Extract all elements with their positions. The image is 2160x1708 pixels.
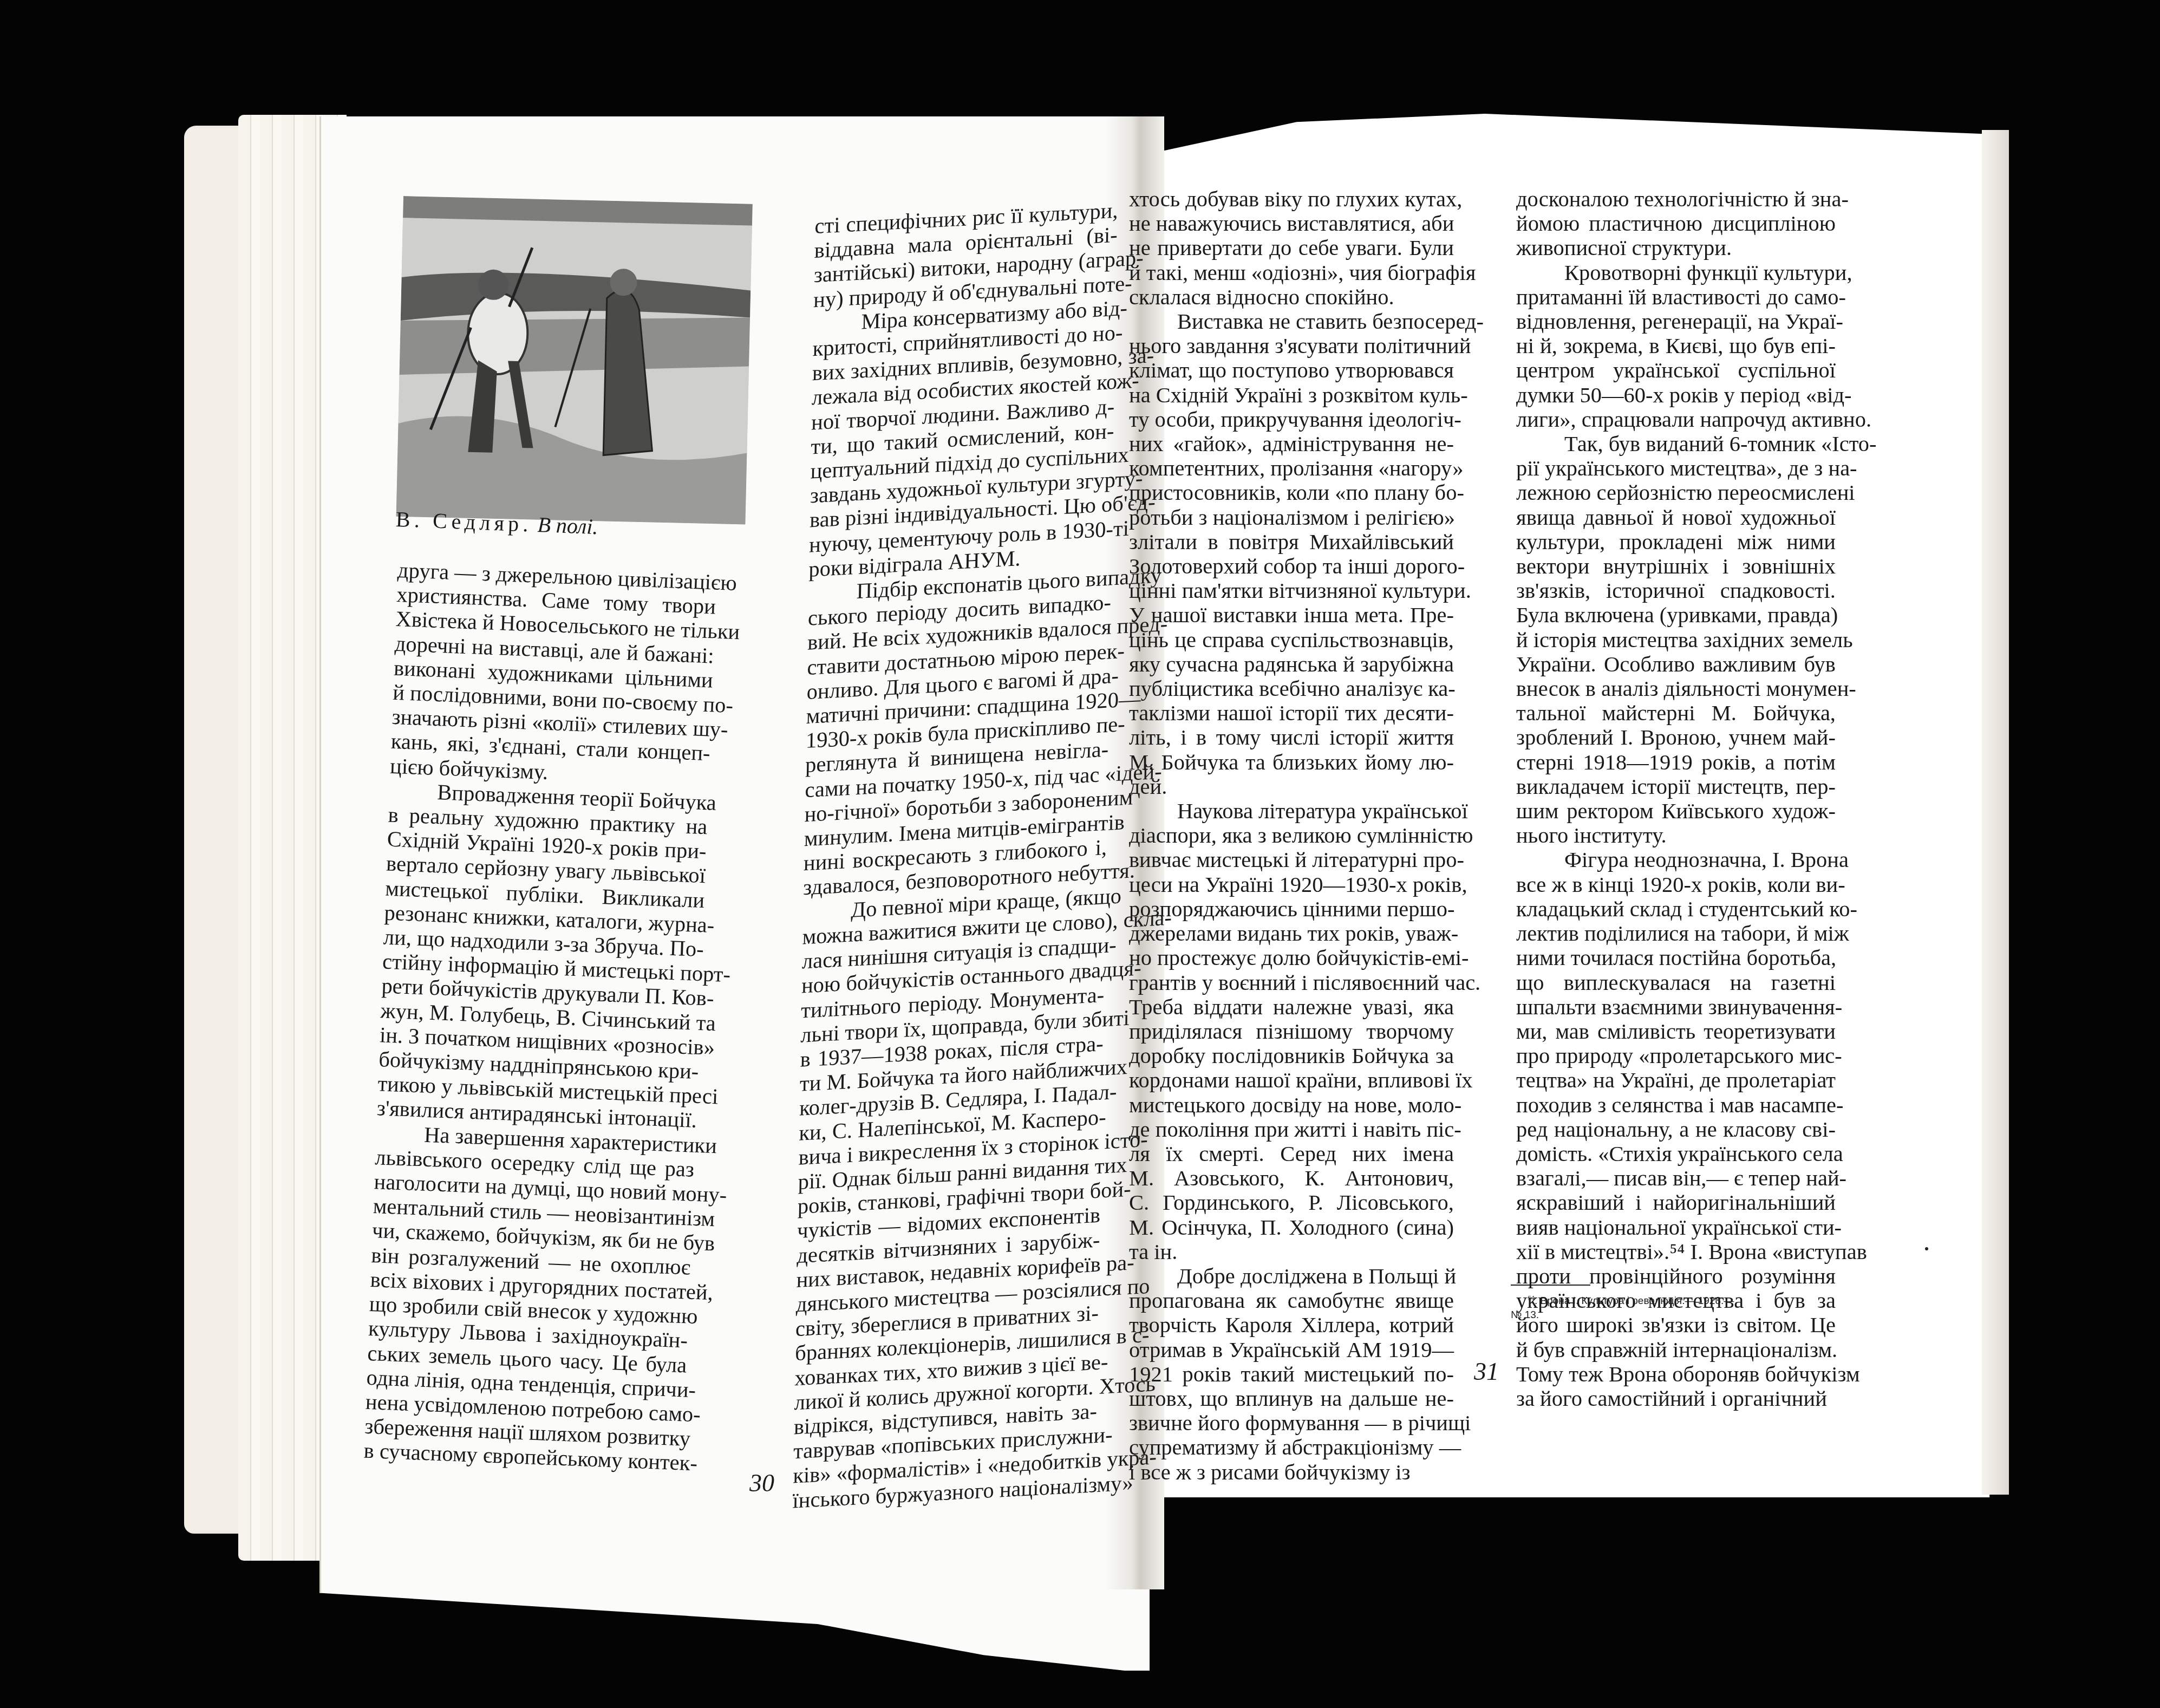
text-line: хтось добував віку по глухих кутах, [1129,187,1454,211]
text-line: клімат, що поступово утворювався [1129,358,1454,382]
text-line: йомою пластичною дисципліною [1516,211,1836,236]
text-line: Тому теж Врона обороняв бойчукізм [1516,1362,1836,1386]
text-line: стерні 1918—1919 років, а потім [1516,750,1836,774]
text-line: публіцистика всебічно аналізує ка- [1129,676,1454,701]
text-line: цінні пам'ятки вітчизняної культури. [1129,578,1454,603]
paper-speck [1925,1247,1928,1250]
text-line: ними точилася постійна боротьба, [1516,946,1836,970]
paragraph: Міра консерватизму або від-критості, спр… [808,296,1117,582]
illustration-in-the-field [396,196,753,524]
text-line: них «гайок», адміністрування не- [1129,432,1454,456]
text-line: компетентних, пролізання «нагору» [1129,456,1454,480]
paragraph: Виставка не ставить безпосеред-нього зав… [1129,309,1454,799]
left-page-column-2: сті специфічних рис її культури,віддавна… [792,198,1118,1513]
text-line: нього завдання з'ясувати політичний [1129,334,1454,358]
text-line: яку сучасна радянська й зарубіжна [1129,652,1454,676]
footnote-divider [1511,1285,1590,1286]
text-line: пристосовників, коли «по плану бо- [1129,480,1454,505]
text-line: культури, прокладені між ними [1516,530,1836,554]
text-line: кладацький склад і студентський ко- [1516,897,1836,921]
text-line: ля їх смерті. Серед них імена [1129,1142,1454,1166]
text-line: кордонами нашої країни, впливові їх [1129,1068,1454,1092]
text-line: ред національну, а не класову сві- [1516,1117,1836,1142]
text-line: не привертати до себе уваги. Були [1129,236,1454,260]
text-line: літь, і в тому числі історії життя [1129,725,1454,749]
text-line: отримав в Українській АМ 1919— [1129,1338,1454,1362]
paragraph: друга — з джерельною цивілізацієюхристия… [389,558,717,790]
text-line: джерелами видань тих років, уваж- [1129,921,1454,946]
text-line: думки 50—60-х років у період «від- [1516,383,1836,407]
text-line: мистецького досвіду на нове, моло- [1129,1093,1454,1117]
text-line: де покоління при житті і навіть піс- [1129,1117,1454,1142]
text-line: злітали в повітря Михайлівський [1129,530,1454,554]
page-number-right: 31 [1474,1357,1499,1386]
footnote-number: 54 [1528,1295,1535,1302]
text-line: приділялася пізнішому творчому [1129,1019,1454,1044]
text-line: Добре досліджена в Польщі й [1129,1264,1454,1288]
text-line: розпоряджаючись цінними першо- [1129,897,1454,921]
text-line: супрематизму й абстракціонізму — [1129,1435,1454,1459]
footnote-text: . Врона І. Культура і революція.— 1928.— [1535,1295,1734,1307]
paragraph: хтось добував віку по глухих кутах,не на… [1129,187,1454,309]
text-line: походив з селянства і мав насампе- [1516,1093,1836,1117]
text-line: ту особи, прикручування ідеологіч- [1129,407,1454,432]
paragraph: Кровотворні функції культури,притаманні … [1516,260,1836,432]
text-line: все ж в кінці 1920-х років, коли ви- [1516,872,1836,897]
text-line: й такі, менш «одіозні», чия біографія [1129,260,1454,285]
text-line: й був справжній інтернаціоналізм. [1516,1338,1836,1362]
caption-title: В полі. [537,512,599,539]
text-line: що виплескувалася на газетні [1516,970,1836,995]
text-line: живописної структури. [1516,236,1836,260]
text-line: лежною серйозністю переосмислені [1516,480,1836,505]
paragraph: Підбір експонатів цього випадкуського пе… [803,565,1112,900]
right-page-column-1: хтось добував віку по глухих кутах,не на… [1129,187,1454,1484]
footnote: 54. Врона І. Культура і революція.— 1928… [1511,1292,1754,1322]
text-line: рії українського мистецтва», де з на- [1516,456,1836,480]
text-line: вивчає мистецькі й літературні про- [1129,848,1454,872]
page-number-left: 30 [749,1469,774,1497]
text-line: М. Осінчука, П. Холодного (сина) [1129,1215,1454,1240]
paragraph: сті специфічних рис її культури,віддавна… [813,198,1118,312]
text-line: грантів у воєнний і післявоєнний час. [1129,970,1454,995]
text-line: досконалою технологічністю й зна- [1516,187,1836,211]
text-line: та ін. [1129,1240,1454,1264]
text-line: доробку послідовників Бойчука за [1129,1044,1454,1068]
text-line: У нашої виставки інша мета. Пре- [1129,603,1454,627]
text-line: штовх, що вплинув на дальше не- [1129,1386,1454,1411]
text-line: ми, мав сміливість теоретизувати [1516,1019,1836,1044]
paragraph: Добре досліджена в Польщі йпропагована я… [1129,1264,1454,1484]
text-line: Так, був виданий 6-томник «Істо- [1516,432,1836,456]
text-line: нього інституту. [1516,823,1836,848]
text-line: М. Азовського, К. Антонович, [1129,1166,1454,1190]
left-page-column-1: друга — з джерельною цивілізацієюхристия… [363,558,717,1475]
text-line: лектив поділилися на табори, й між [1516,921,1836,946]
text-line: й історія мистецтва західних земель [1516,628,1836,652]
text-line: но простежує долю бойчукістів-емі- [1129,946,1454,970]
text-line: явища давньої й нової художньої [1516,505,1836,530]
text-line: домість. «Стихія українського села [1516,1142,1836,1166]
text-line: Фігура неоднозначна, І. Врона [1516,848,1836,872]
text-line: творчість Кароля Хіллера, котрий [1129,1313,1454,1337]
text-line: таклізми нашої історії тих десяти- [1129,701,1454,725]
text-line: шим ректором Київського худож- [1516,799,1836,823]
text-line: С. Гординського, Р. Лісовського, [1129,1190,1454,1215]
text-line: цеси на Україні 1920—1930-х років, [1129,872,1454,897]
photo-background: В. Седляр. В полі. друга — з джерельною … [0,0,2160,1708]
text-line: Кровотворні функції культури, [1516,260,1836,285]
text-line: Треба віддати належне увазі, яка [1129,995,1454,1019]
paragraph: Впровадження теорії Бойчукав реальну худ… [376,778,709,1133]
text-line: притаманні їй властивості до само- [1516,285,1836,309]
text-line: Наукова література української [1129,799,1454,823]
text-line: звичне його формування — в річищі [1129,1411,1454,1435]
text-line: цінь це справа суспільствознавців, [1129,628,1454,652]
text-line: вектори внутрішніх і зовнішніх [1516,554,1836,578]
paragraph: Так, був виданий 6-томник «Істо-рії укра… [1516,432,1836,848]
text-line: за його самостійний і органічний [1516,1386,1836,1411]
text-line: лиги», спрацювали напрочуд активно. [1516,407,1836,432]
text-line: дей. [1129,774,1454,799]
paragraph: Наукова література українськоїдіаспори, … [1129,799,1454,1264]
text-line: центром української суспільної [1516,358,1836,382]
text-line: Була включена (уривками, правда) [1516,603,1836,627]
text-line: шпальти взаємними звинувачення- [1516,995,1836,1019]
right-page-edges [1982,130,2009,1495]
text-line: склалася відносно спокійно. [1129,285,1454,309]
paragraph: досконалою технологічністю й зна-йомою п… [1516,187,1836,260]
footnote-text-continued: № 13. [1511,1309,1539,1321]
text-line: ні й, зокрема, в Києві, що був епі- [1516,334,1836,358]
text-line: зв'язків, історичної спадковості. [1516,578,1836,603]
text-line: не наважуючись виставлятися, аби [1129,211,1454,236]
text-line: яскравіший і найоригінальніший [1516,1190,1836,1215]
text-line: хії в мистецтві».⁵⁴ І. Врона «виступав [1516,1240,1836,1264]
text-line: М. Бойчука та близьких йому лю- [1129,750,1454,774]
text-line: вияв національної української сти- [1516,1215,1836,1240]
text-line: Золотоверхий собор та інші дорого- [1129,554,1454,578]
text-line: Виставка не ставить безпосеред- [1129,309,1454,334]
text-line: тецтва» на Україні, де пролетаріат [1516,1068,1836,1092]
text-line: тальної майстерні М. Бойчука, [1516,701,1836,725]
text-line: викладачем історії мистецтв, пер- [1516,774,1836,799]
paragraph: До певної міри краще, (якщоможна важитис… [792,884,1106,1513]
text-line: діаспори, яка з великою сумлінністю [1129,823,1454,848]
text-line: взагалі,— писав він,— є тепер най- [1516,1166,1836,1190]
text-line: внесок в аналіз діяльності монумен- [1516,676,1836,701]
paragraph: Фігура неоднозначна, І. Вронавсе ж в кін… [1516,848,1836,1411]
right-page-column-2: досконалою технологічністю й зна-йомою п… [1516,187,1836,1411]
text-line: пропагована як самобутнє явище [1129,1288,1454,1313]
text-line: відновлення, регенерації, на Украї- [1516,309,1836,334]
text-line: 1921 років такий мистецький по- [1129,1362,1454,1386]
drawing-image-icon [396,196,753,524]
text-line: зроблений І. Вроною, учнем май- [1516,725,1836,749]
caption-author: В. Седляр. [395,507,532,537]
text-line: про природу «пролетарського мис- [1516,1044,1836,1068]
paragraph: На завершення характеристикильвівського … [363,1120,696,1475]
text-line: на Східній Україні з розквітом куль- [1129,383,1454,407]
text-line: України. Особливо важливим був [1516,652,1836,676]
text-line: і все ж з рисами бойчукізму із [1129,1460,1454,1484]
text-line: ротьби з націоналізмом і релігією» [1129,505,1454,530]
